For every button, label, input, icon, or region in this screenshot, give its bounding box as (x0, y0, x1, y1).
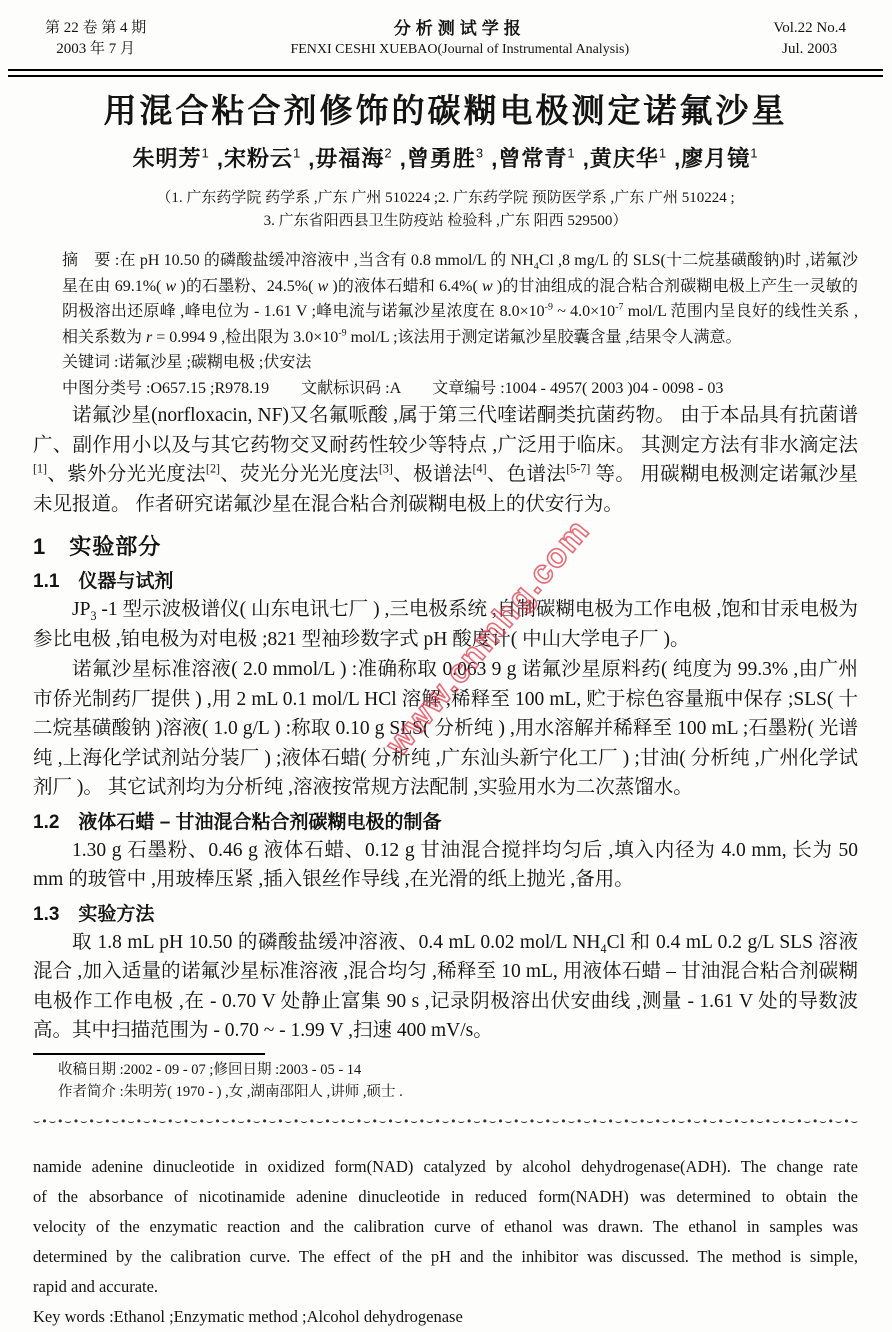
clc-line: 中图分类号 :O657.15 ;R978.19 文献标识码 :A 文章编号 :1… (62, 376, 858, 402)
section-1-2-heading: 1.2 液体石蜡 – 甘油混合粘合剂碳糊电极的制备 (33, 810, 858, 836)
date-cn: 2003 年 7 月 (45, 39, 146, 60)
affiliation-line: 3. 广东省阳西县卫生防疫站 检验科 ,广东 阳西 529500） (33, 210, 858, 233)
journal-name-cn: 分析测试学报 (290, 18, 629, 39)
section-1-1-heading: 1.1 仪器与试剂 (33, 569, 858, 595)
section-1-heading: 1 实验部分 (33, 532, 858, 562)
masthead-double-rule (8, 69, 883, 77)
english-line: namide adenine dinucleotide in oxidized … (33, 1152, 858, 1182)
date-en: Jul. 2003 (773, 39, 846, 60)
section-1-2-paragraph: 1.30 g 石墨粉、0.46 g 液体石蜡、0.12 g 甘油混合搅拌均匀后 … (33, 836, 858, 895)
abstract-block: 摘 要 :在 pH 10.50 的磷酸盐缓冲溶液中 ,当含有 0.8 mmol/… (62, 248, 858, 401)
volume-issue-en: Vol.22 No.4 (773, 18, 846, 39)
journal-name-en: FENXI CESHI XUEBAO(Journal of Instrument… (290, 39, 629, 60)
section-1-1-paragraph: 诺氟沙星标准溶液( 2.0 mmol/L ) :准确称取 0.063 9 g 诺… (33, 655, 858, 803)
keywords-line: 关键词 :诺氟沙星 ;碳糊电极 ;伏安法 (62, 350, 858, 376)
volume-issue-cn: 第 22 卷 第 4 期 (45, 18, 146, 39)
article-body: 诺氟沙星(norfloxacin, NF)又名氟哌酸 ,属于第三代喹诺酮类抗菌药… (33, 401, 858, 1046)
affiliations: （1. 广东药学院 药学系 ,广东 广州 510224 ;2. 广东药学院 预防… (33, 187, 858, 233)
author-list: 朱明芳1 ,宋粉云1 ,毋福海2 ,曾勇胜3 ,曾常青1 ,黄庆华1 ,廖月镜1 (33, 144, 858, 174)
received-dates: 收稿日期 :2002 - 09 - 07 ;修回日期 :2003 - 05 - … (58, 1059, 858, 1081)
english-keywords-clipped: Key words :Ethanol ;Enzymatic method ;Al… (33, 1302, 858, 1332)
footnote-separator (33, 1053, 265, 1055)
intro-paragraph: 诺氟沙星(norfloxacin, NF)又名氟哌酸 ,属于第三代喹诺酮类抗菌药… (33, 401, 858, 519)
author-bio: 作者简介 :朱明芳( 1970 - ) ,女 ,湖南邵阳人 ,讲师 ,硕士 . (58, 1081, 858, 1103)
abstract-text: 摘 要 :在 pH 10.50 的磷酸盐缓冲溶液中 ,当含有 0.8 mmol/… (62, 248, 858, 350)
section-1-3-paragraph: 取 1.8 mL pH 10.50 的磷酸盐缓冲溶液、0.4 mL 0.02 m… (33, 928, 858, 1046)
masthead-journal-name: 分析测试学报 FENXI CESHI XUEBAO(Journal of Ins… (290, 18, 629, 60)
section-1-3-heading: 1.3 实验方法 (33, 902, 858, 928)
continued-english-abstract: namide adenine dinucleotide in oxidized … (33, 1152, 858, 1332)
article-title: 用混合粘合剂修饰的碳糊电极测定诺氟沙星 (33, 91, 858, 131)
english-line: rapid and accurate. (33, 1272, 858, 1302)
english-line: determined by the calibration curve. The… (33, 1242, 858, 1272)
masthead-vol-en: Vol.22 No.4 Jul. 2003 (773, 18, 846, 60)
affiliation-line: （1. 广东药学院 药学系 ,广东 广州 510224 ;2. 广东药学院 预防… (33, 187, 858, 210)
english-line: of the absorbance of nicotinamide adenin… (33, 1182, 858, 1212)
wavy-divider: ⌣•⌣•⌣•⌣•⌣•⌣•⌣•⌣•⌣•⌣•⌣•⌣•⌣•⌣•⌣•⌣•⌣•⌣•⌣•⌣•… (33, 1116, 858, 1128)
english-line: velocity of the enzymatic reaction and t… (33, 1212, 858, 1242)
masthead-issue: 第 22 卷 第 4 期 2003 年 7 月 (45, 18, 146, 60)
footnote-block: 收稿日期 :2002 - 09 - 07 ;修回日期 :2003 - 05 - … (33, 1059, 858, 1103)
journal-page: 第 22 卷 第 4 期 2003 年 7 月 分析测试学报 FENXI CES… (0, 0, 892, 1332)
journal-masthead: 第 22 卷 第 4 期 2003 年 7 月 分析测试学报 FENXI CES… (33, 16, 858, 60)
section-1-1-paragraph: JP3 -1 型示波极谱仪( 山东电讯七厂 ) ,三电极系统 ,自制碳糊电极为工… (33, 595, 858, 654)
